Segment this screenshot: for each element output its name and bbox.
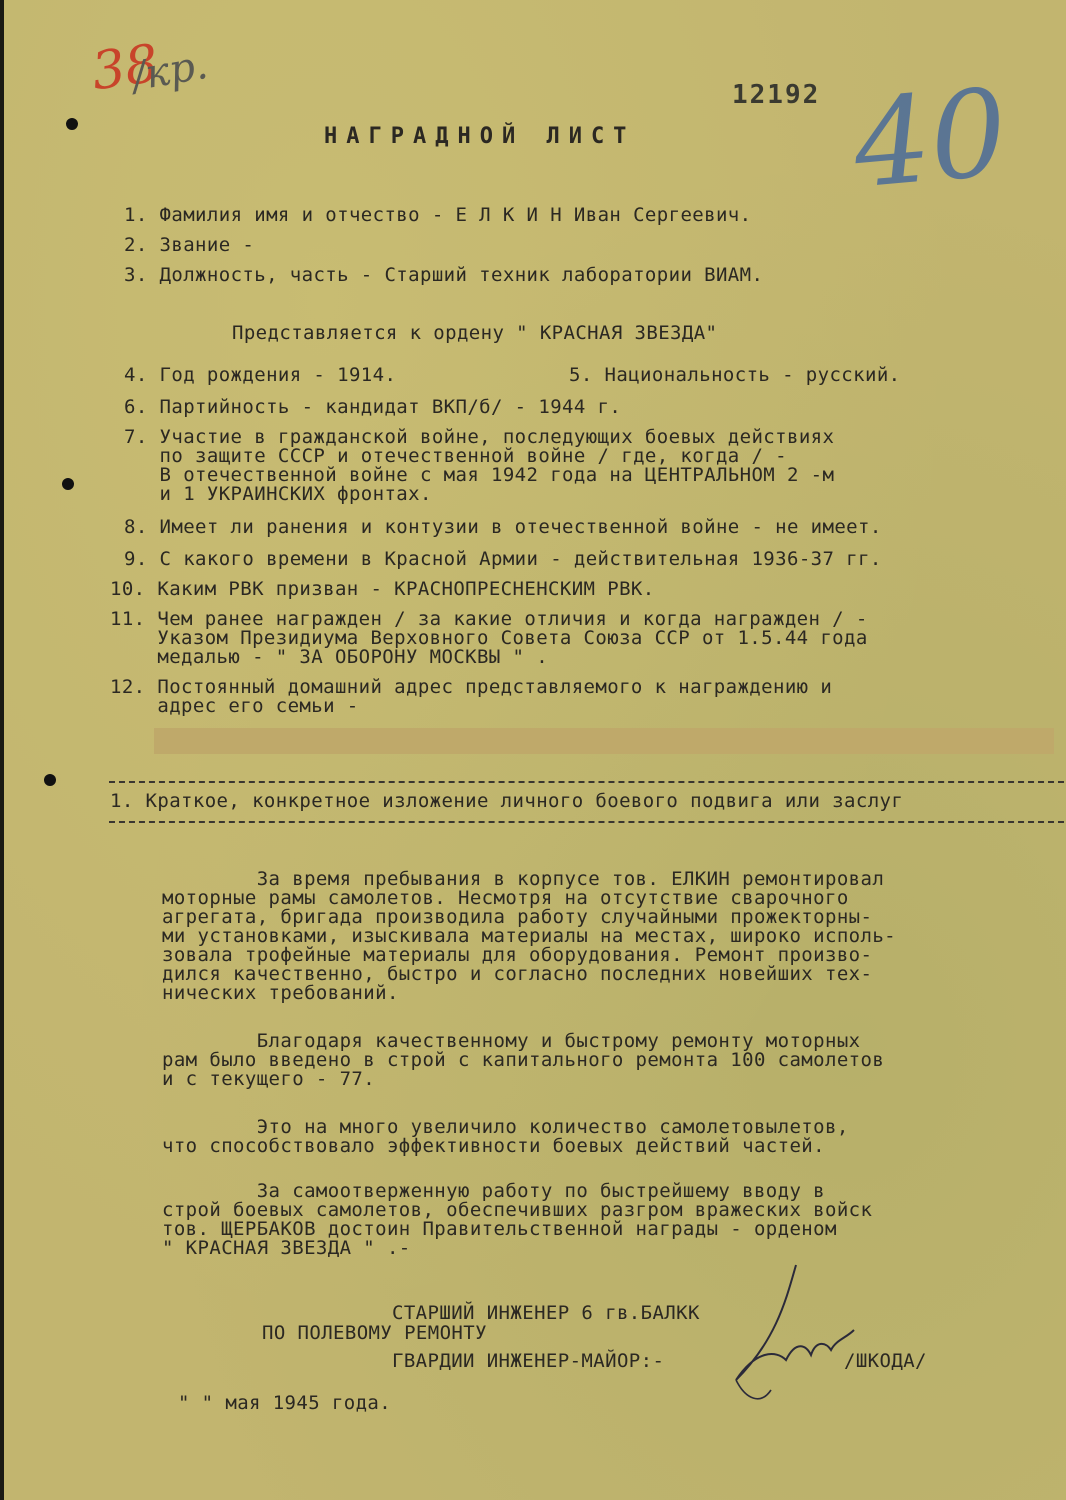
punch-hole bbox=[44, 774, 56, 786]
field-2: 2. Звание - bbox=[124, 234, 254, 256]
punch-hole bbox=[62, 478, 74, 490]
field-1: 1. Фамилия имя и отчество - Е Л К И Н Ив… bbox=[124, 204, 751, 226]
field-text: Звание - bbox=[160, 234, 255, 256]
award-sheet: 38 /кр. 40 12192 НАГРАДНОЙ ЛИСТ 1. Фамил… bbox=[4, 0, 1066, 1500]
field-11: 11. Чем ранее награжден / за какие отлич… bbox=[110, 610, 868, 667]
field-10: 10. Каким РВК призван - КРАСНОПРЕСНЕНСКИ… bbox=[110, 578, 655, 600]
paragraph-1: За время пребывания в корпусе тов. ЕЛКИН… bbox=[162, 870, 896, 1003]
field-12: 12. Постоянный домашний адрес представля… bbox=[110, 678, 832, 716]
paragraph-2: Благодаря качественному и быстрому ремон… bbox=[162, 1032, 884, 1089]
paragraph-4: За самоотверженную работу по быстрейшему… bbox=[162, 1182, 872, 1258]
field-text: Должность, часть - Старший техник лабора… bbox=[160, 264, 764, 286]
field-9: 9. С какого времени в Красной Армии - де… bbox=[124, 548, 882, 570]
paragraph-3: Это на много увеличило количество самоле… bbox=[162, 1118, 849, 1156]
document-title: НАГРАДНОЙ ЛИСТ bbox=[324, 124, 635, 149]
redacted-address bbox=[154, 728, 1054, 754]
field-3: 3. Должность, часть - Старший техник лаб… bbox=[124, 264, 763, 286]
field-number: 1. bbox=[124, 204, 148, 226]
signature-line-2: ПО ПОЛЕВОМУ РЕМОНТУ bbox=[262, 1322, 487, 1344]
nomination-line: Представляется к ордену " КРАСНАЯ ЗВЕЗДА… bbox=[232, 322, 717, 344]
field-number: 2. bbox=[124, 234, 148, 256]
divider-bottom bbox=[109, 821, 1064, 823]
field-number: 3. bbox=[124, 264, 148, 286]
field-6: 6. Партийность - кандидат ВКП/б/ - 1944 … bbox=[124, 396, 621, 418]
punch-hole bbox=[66, 118, 78, 130]
handwritten-blue-number: 40 bbox=[848, 64, 1012, 216]
field-text: Фамилия имя и отчество - Е Л К И Н Иван … bbox=[160, 204, 752, 226]
handwritten-signature bbox=[716, 1260, 866, 1410]
field-4: 4. Год рождения - 1914. bbox=[124, 364, 396, 386]
signature-line-1: СТАРШИЙ ИНЖЕНЕР 6 гв.БАЛКК bbox=[392, 1302, 700, 1324]
archive-number: 12192 bbox=[732, 80, 820, 110]
field-7: 7. Участие в гражданской войне, последую… bbox=[124, 428, 834, 504]
field-5: 5. Национальность - русский. bbox=[569, 364, 901, 386]
signature-line-3: ГВАРДИИ ИНЖЕНЕР-МАЙОР:- bbox=[392, 1350, 664, 1372]
section-header: 1. Краткое, конкретное изложение личного… bbox=[110, 790, 903, 812]
divider-top bbox=[109, 781, 1064, 783]
date-line: " " мая 1945 года. bbox=[178, 1392, 391, 1414]
field-8: 8. Имеет ли ранения и контузии в отечест… bbox=[124, 516, 882, 538]
